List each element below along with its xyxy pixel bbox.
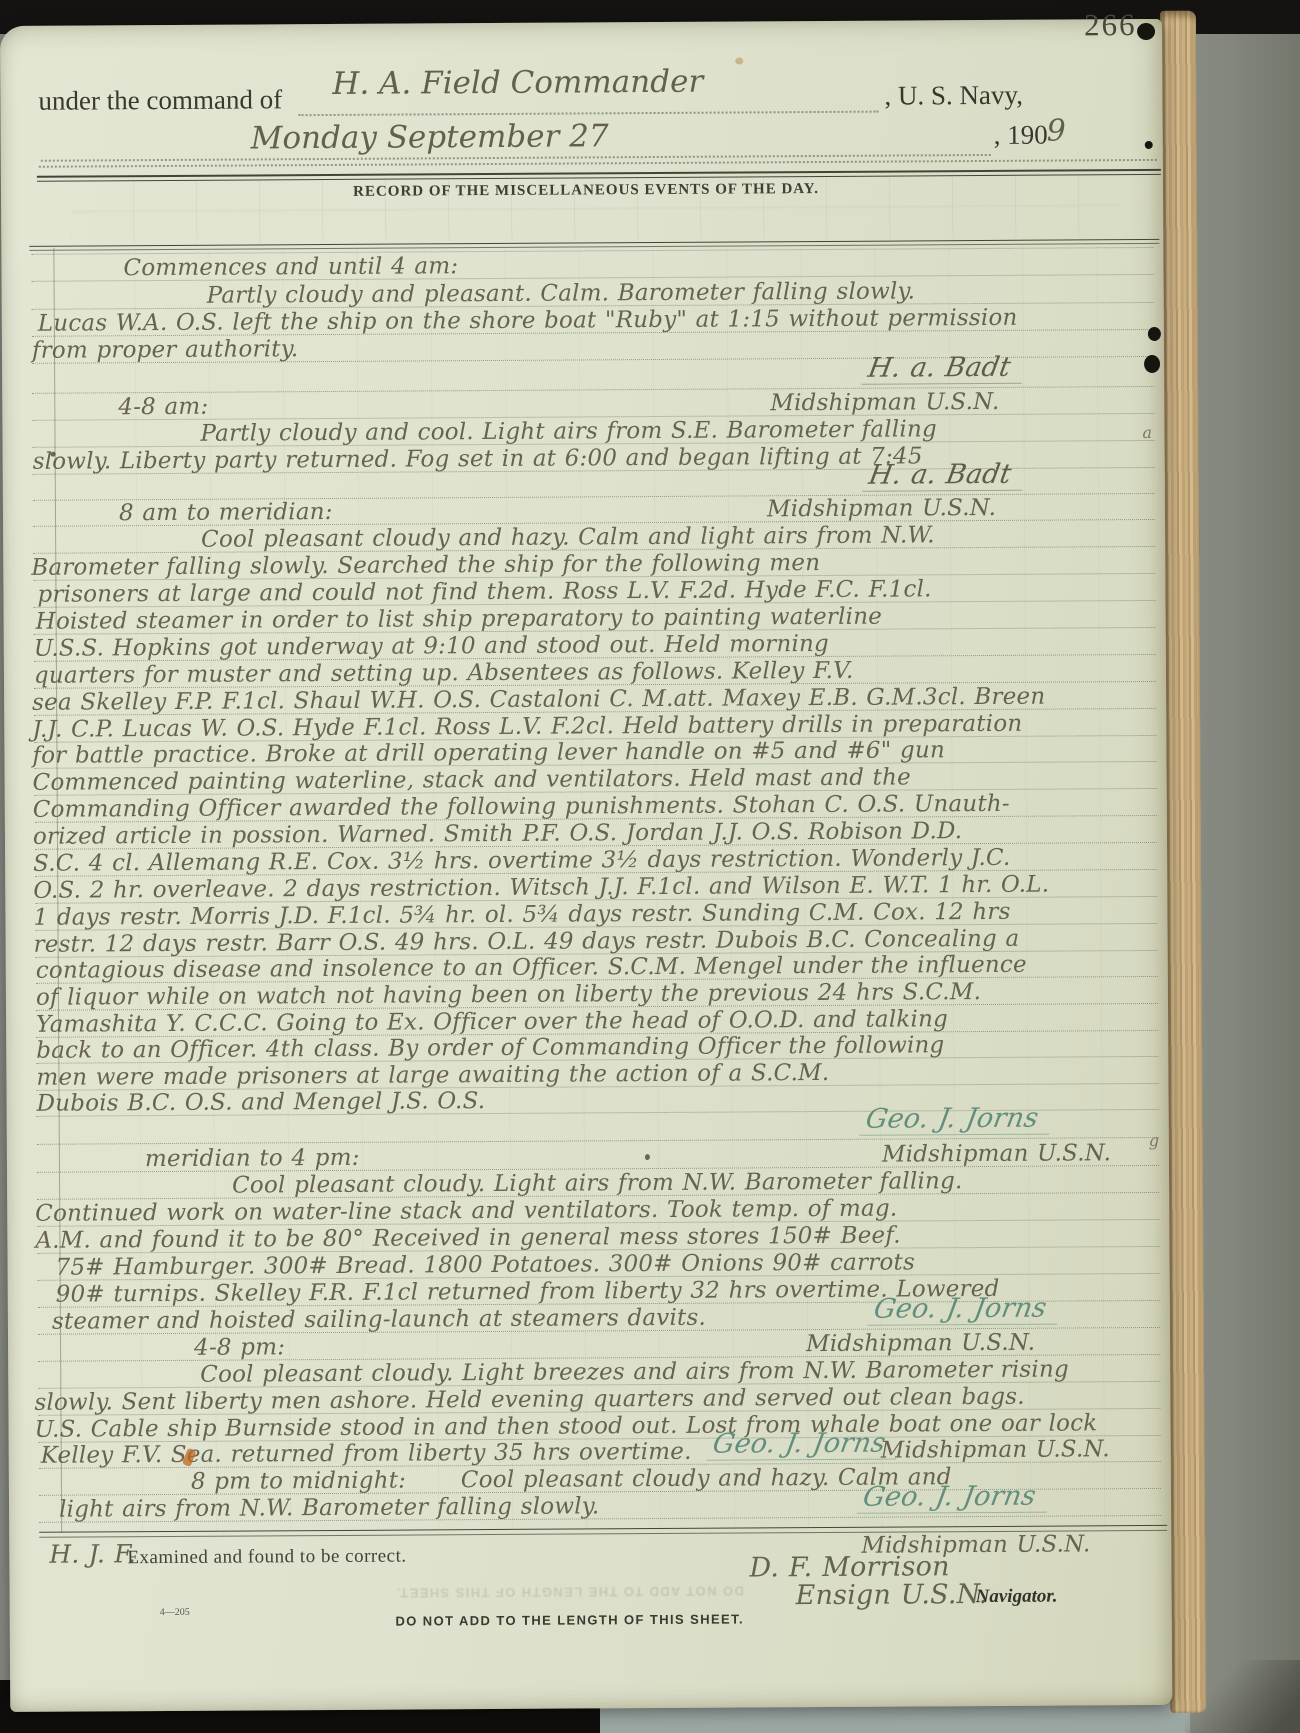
edge-ink-blot-2: [1144, 355, 1160, 373]
handwritten-text: Midshipman U.S.N.: [806, 1330, 1035, 1357]
handwritten-text: Midshipman U.S.N.: [770, 389, 999, 416]
navigator-printed: Navigator.: [976, 1586, 1058, 1608]
handwritten-text: Midshipman U.S.N.: [882, 1140, 1111, 1167]
logbook-photo: 266 under the command of H. A. Field Com…: [0, 0, 1300, 1733]
signature: Geo. J. Jorns: [857, 1484, 1052, 1514]
handwritten-text: 8 am to meridian:: [119, 499, 333, 526]
handwritten-text: Lucas W.A. O.S. left the ship on the sho…: [38, 305, 1018, 337]
handwritten-text: back to an Officer. 4th class. By order …: [36, 1032, 944, 1064]
examined-printed: Examined and found to be correct.: [127, 1546, 406, 1570]
ink-speck-1: [51, 452, 56, 457]
handwritten-text: Barometer falling slowly. Searched the s…: [31, 550, 820, 581]
navigator-rank: Ensign U.S.N.: [796, 1582, 988, 1609]
navigator-signature: D. F. Morrison: [749, 1554, 949, 1581]
handwritten-text: Partly cloudy and pleasant. Calm. Barome…: [207, 278, 916, 308]
edge-ink-blot-1: [1148, 327, 1161, 341]
handwritten-text: meridian to 4 pm:: [145, 1145, 360, 1172]
examined-initials: H. J. F.: [49, 1541, 136, 1568]
do-not-add-notice: DO NOT ADD TO THE LENGTH OF THIS SHEET.: [370, 1611, 770, 1628]
handwritten-text: Cool pleasant cloudy. Light airs from N.…: [232, 1168, 963, 1198]
ruled-line: [31, 247, 1153, 255]
paper-stain: [735, 57, 743, 64]
signature: Geo. J. Jorns: [706, 1431, 901, 1461]
handwritten-text: Midshipman U.S.N.: [881, 1436, 1110, 1463]
handwritten-text: quarters for muster and setting up. Abse…: [34, 658, 854, 689]
signature: Geo. J. Jorns: [867, 1296, 1062, 1326]
handwritten-text: Continued work on water-line stack and v…: [35, 1196, 897, 1227]
handwritten-text: Partly cloudy and cool. Light airs from …: [200, 416, 937, 446]
handwritten-text: prisoners at large and could not find th…: [37, 576, 931, 607]
handwritten-text: Dubois B.C. O.S. and Mengel J.S. O.S.: [37, 1088, 486, 1117]
signature: Geo. J. Jorns: [859, 1106, 1054, 1136]
signature: H. a. Badt: [862, 462, 1027, 492]
handwritten-text: Kelley F.V. Sea. returned from liberty 3…: [41, 1439, 692, 1469]
logbook-page: 266 under the command of H. A. Field Com…: [0, 19, 1172, 1712]
edge-pen-mark: a: [1142, 423, 1152, 442]
handwritten-text: slowly. Liberty party returned. Fog set …: [33, 443, 923, 474]
handwritten-text: from proper authority.: [32, 336, 299, 364]
handwritten-text: Commences and until 4 am:: [123, 253, 458, 281]
handwritten-text: men were made prisoners at large awaitin…: [36, 1060, 829, 1091]
handwritten-text: 4-8 am:: [118, 394, 208, 421]
handwritten-text: 75# Hamburger. 300# Bread. 1800 Potatoes…: [56, 1249, 916, 1280]
ink-dot: [1145, 141, 1153, 149]
handwritten-text: Cool pleasant cloudy and hazy. Calm and …: [201, 522, 935, 552]
edge-pen-mark-2: g: [1149, 1131, 1159, 1150]
handwritten-text: A.M. and found it to be 80° Received in …: [35, 1223, 900, 1254]
ink-speck-2: [645, 1154, 650, 1160]
handwritten-text: Hoisted steamer in order to list ship pr…: [36, 604, 883, 635]
form-number: 4—205: [160, 1607, 190, 1618]
log-entries: Commences and until 4 am:Partly cloudy a…: [0, 19, 1172, 1712]
do-not-add-showthrough: DO NOT ADD TO THE LENGTH OF THIS SHEET.: [370, 1583, 770, 1600]
handwritten-text: light airs from N.W. Barometer falling s…: [59, 1493, 599, 1522]
signature: H. a. Badt: [862, 355, 1027, 385]
handwritten-text: Cool pleasant cloudy. Light breezes and …: [200, 1356, 1069, 1387]
handwritten-text: 8 pm to midnight:: [191, 1468, 406, 1495]
handwritten-text: Commenced painting waterline, stack and …: [33, 764, 911, 795]
handwritten-text: Midshipman U.S.N.: [767, 495, 996, 522]
handwritten-text: 90# turnips. Skelley F.R. F.1cl returned…: [56, 1276, 1000, 1308]
logbook: 266 under the command of H. A. Field Com…: [0, 19, 1206, 1712]
handwritten-text: 4-8 pm:: [194, 1334, 285, 1361]
handwritten-text: steamer and hoisted sailing-launch at st…: [52, 1305, 706, 1335]
handwritten-text: U.S.S. Hopkins got underway at 9:10 and …: [34, 631, 829, 662]
